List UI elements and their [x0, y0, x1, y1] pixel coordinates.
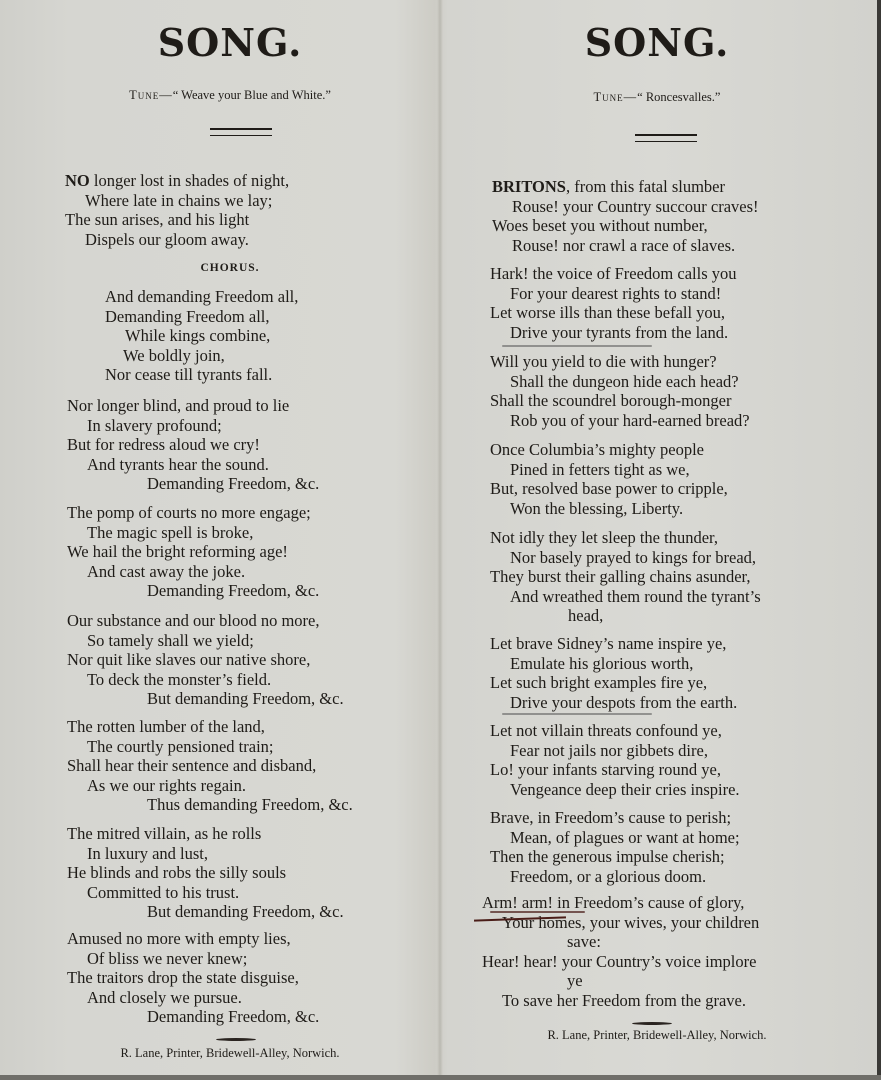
chorus-line: Nor cease till tyrants fall.	[105, 365, 420, 385]
verse-line: The rotten lumber of the land,	[67, 717, 420, 737]
verse-line: Where late in chains we lay;	[65, 191, 420, 211]
verse-line: Not idly they let sleep the thunder,	[490, 528, 852, 548]
right-song-title: SONG.	[462, 20, 852, 65]
verse-line: Your homes, your wives, your children	[482, 913, 852, 933]
chorus: And demanding Freedom all, Demanding Fre…	[105, 287, 420, 385]
refrain-line: Demanding Freedom, &c.	[67, 474, 420, 494]
verse-line: Committed to his trust.	[67, 883, 420, 903]
verse-line: As we our rights regain.	[67, 776, 420, 796]
double-rule-divider	[635, 134, 697, 142]
verse-line: Brave, in Freedom’s cause to perish;	[490, 808, 852, 828]
verse-line: Of bliss we never knew;	[67, 949, 420, 969]
right-verse-3: Will you yield to die with hunger? Shall…	[490, 352, 852, 430]
drop-word: BRITONS	[492, 177, 566, 196]
pencil-underline	[502, 345, 652, 347]
chorus-line: We boldly join,	[105, 346, 420, 366]
verse-line: But, resolved base power to cripple,	[490, 479, 852, 499]
tune-name: “ Weave your Blue and White.”	[173, 88, 331, 102]
verse-line: Once Columbia’s mighty people	[490, 440, 852, 460]
verse-line: Hark! the voice of Freedom calls you	[490, 264, 852, 284]
left-song-tune: Tune—“ Weave your Blue and White.”	[40, 88, 420, 103]
scan-edge-right	[877, 0, 881, 1080]
verse-line: And tyrants hear the sound.	[67, 455, 420, 475]
verse-line: Our substance and our blood no more,	[67, 611, 420, 631]
right-verse-1: BRITONS, from this fatal slumber Rouse! …	[492, 177, 852, 255]
verse-line: They burst their galling chains asunder,	[490, 567, 852, 587]
verse-line: To save her Freedom from the grave.	[482, 991, 852, 1011]
left-verse-2: Nor longer blind, and proud to lie In sl…	[67, 396, 420, 494]
verse-line: But for redress aloud we cry!	[67, 435, 420, 455]
printer-imprint: R. Lane, Printer, Bridewell-Alley, Norwi…	[40, 1046, 420, 1061]
verse-line: To deck the monster’s field.	[67, 670, 420, 690]
broadside-sheet: SONG. Tune—“ Weave your Blue and White.”…	[0, 0, 878, 1076]
verse-line: Let worse ills than these befall you,	[490, 303, 852, 323]
verse-line: Vengeance deep their cries inspire.	[490, 780, 852, 800]
verse-line: Rouse! your Country succour craves!	[492, 197, 852, 217]
left-verse-4: Our substance and our blood no more, So …	[67, 611, 420, 709]
drop-word: NO	[65, 171, 90, 190]
center-fold	[437, 0, 443, 1080]
verse-line: Pined in fetters tight as we,	[490, 460, 852, 480]
verse-line: We hail the bright reforming age!	[67, 542, 420, 562]
left-verse-6: The mitred villain, as he rolls In luxur…	[67, 824, 420, 922]
verse-line: And cast away the joke.	[67, 562, 420, 582]
verse-line: The traitors drop the state disguise,	[67, 968, 420, 988]
chorus-line: Demanding Freedom all,	[105, 307, 420, 327]
verse-line: The mitred villain, as he rolls	[67, 824, 420, 844]
refrain-line: But demanding Freedom, &c.	[67, 902, 420, 922]
verse-line: save:	[482, 932, 852, 952]
chorus-heading: CHORUS.	[40, 262, 420, 274]
left-verse-7: Amused no more with empty lies, Of bliss…	[67, 929, 420, 1027]
verse-line: Nor quit like slaves our native shore,	[67, 650, 420, 670]
pencil-underline	[502, 713, 652, 715]
right-song-tune: Tune—“ Roncesvalles.”	[462, 90, 852, 105]
verse-line: Rob you of your hard-earned bread?	[490, 411, 852, 431]
right-verse-2: Hark! the voice of Freedom calls you For…	[490, 264, 852, 342]
left-verse-3: The pomp of courts no more engage; The m…	[67, 503, 420, 601]
verse-line: The courtly pensioned train;	[67, 737, 420, 757]
verse-line: Mean, of plagues or want at home;	[490, 828, 852, 848]
verse-line: Shall the scoundrel borough-monger	[490, 391, 852, 411]
tune-label: Tune—	[129, 88, 173, 102]
printer-imprint: R. Lane, Printer, Bridewell-Alley, Norwi…	[462, 1028, 852, 1043]
verse-line: So tamely shall we yield;	[67, 631, 420, 651]
verse-line: In luxury and lust,	[67, 844, 420, 864]
tune-label: Tune—	[594, 90, 638, 104]
verse-line: Dispels our gloom away.	[65, 230, 420, 250]
right-verse-6: Let brave Sidney’s name inspire ye, Emul…	[490, 634, 852, 712]
verse-line: Fear not jails nor gibbets dire,	[490, 741, 852, 761]
verse-line: Lo! your infants starving round ye,	[490, 760, 852, 780]
verse-line: In slavery profound;	[67, 416, 420, 436]
verse-line: Woes beset you without number,	[492, 216, 852, 236]
verse-line: Hear! hear! your Country’s voice implore	[482, 952, 852, 972]
verse-line: Drive your tyrants from the land.	[490, 323, 852, 343]
ink-underline	[490, 911, 585, 913]
chorus-line: While kings combine,	[105, 326, 420, 346]
verse-line: Won the blessing, Liberty.	[490, 499, 852, 519]
verse-line: , from this fatal slumber	[566, 177, 725, 196]
verse-line: The sun arises, and his light	[65, 210, 420, 230]
verse-line: Drive your despots from the earth.	[490, 693, 852, 713]
verse-line: Will you yield to die with hunger?	[490, 352, 852, 372]
verse-line: Let brave Sidney’s name inspire ye,	[490, 634, 852, 654]
verse-line: Emulate his glorious worth,	[490, 654, 852, 674]
verse-line: ye	[482, 971, 852, 991]
scan-edge-bottom	[0, 1075, 881, 1080]
right-verse-4: Once Columbia’s mighty people Pined in f…	[490, 440, 852, 518]
refrain-line: Thus demanding Freedom, &c.	[67, 795, 420, 815]
verse-line: And closely we pursue.	[67, 988, 420, 1008]
verse-line: Let not villain threats confound ye,	[490, 721, 852, 741]
verse-line: longer lost in shades of night,	[90, 171, 289, 190]
verse-line: The magic spell is broke,	[67, 523, 420, 543]
right-verse-8: Brave, in Freedom’s cause to perish; Mea…	[490, 808, 852, 886]
verse-line: Shall hear their sentence and disband,	[67, 756, 420, 776]
verse-line: And wreathed them round the tyrant’s	[490, 587, 852, 607]
tail-ornament	[632, 1022, 672, 1025]
verse-line: Nor basely prayed to kings for bread,	[490, 548, 852, 568]
right-verse-7: Let not villain threats confound ye, Fea…	[490, 721, 852, 799]
refrain-line: But demanding Freedom, &c.	[67, 689, 420, 709]
verse-line: Shall the dungeon hide each head?	[490, 372, 852, 392]
verse-line: Then the generous impulse cherish;	[490, 847, 852, 867]
verse-line: Arm! arm! in Freedom’s cause of glory,	[482, 893, 852, 913]
left-verse-5: The rotten lumber of the land, The court…	[67, 717, 420, 815]
verse-line: head,	[490, 606, 852, 626]
left-stanza-1: NO longer lost in shades of night, Where…	[65, 171, 420, 249]
double-rule-divider	[210, 128, 272, 136]
tail-ornament	[216, 1038, 256, 1041]
refrain-line: Demanding Freedom, &c.	[67, 1007, 420, 1027]
verse-line: Rouse! nor crawl a race of slaves.	[492, 236, 852, 256]
chorus-line: And demanding Freedom all,	[105, 287, 420, 307]
refrain-line: Demanding Freedom, &c.	[67, 581, 420, 601]
verse-line: For your dearest rights to stand!	[490, 284, 852, 304]
verse-line: Amused no more with empty lies,	[67, 929, 420, 949]
verse-line: Freedom, or a glorious doom.	[490, 867, 852, 887]
verse-line: He blinds and robs the silly souls	[67, 863, 420, 883]
verse-line: The pomp of courts no more engage;	[67, 503, 420, 523]
verse-line: Let such bright examples fire ye,	[490, 673, 852, 693]
tune-name: “ Roncesvalles.”	[637, 90, 720, 104]
right-verse-5: Not idly they let sleep the thunder, Nor…	[490, 528, 852, 626]
left-song-title: SONG.	[40, 20, 420, 65]
verse-line: Nor longer blind, and proud to lie	[67, 396, 420, 416]
